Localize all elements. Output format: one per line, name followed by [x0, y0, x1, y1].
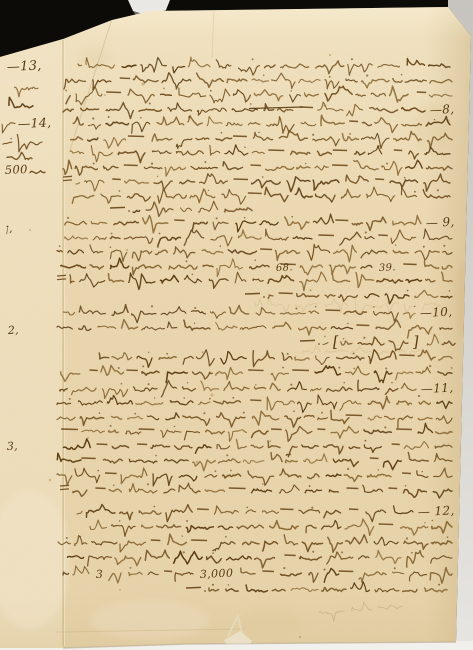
margin-note: 3, — [7, 440, 19, 453]
em-dash-stroke — [186, 587, 201, 588]
margin-note: 500 — [5, 162, 28, 177]
item-number: —8, — [430, 102, 455, 117]
photo-of-manuscript: —13,—14,500ן,2,3, —8,— 9,68.39.—10,[]—11… — [0, 0, 473, 650]
item-number: —10, — [420, 305, 453, 320]
margin-note: —14, — [17, 115, 51, 131]
item-number: —11, — [421, 381, 454, 396]
inline-figure: 68. — [276, 262, 294, 274]
em-dash-stroke — [245, 293, 260, 294]
opening-bracket: [ — [332, 333, 339, 351]
em-dash-stroke — [300, 340, 315, 341]
margin-note: ן, — [6, 222, 13, 235]
item-number: — 9, — [426, 215, 455, 230]
margin-note: —13, — [7, 58, 42, 75]
closing-bracket: ] — [411, 333, 419, 351]
inline-figure: 3 — [96, 568, 104, 581]
em-dash-stroke — [110, 207, 125, 208]
inline-figure: 39. — [379, 262, 397, 274]
inline-figure: 3,000 — [200, 567, 234, 581]
item-number: — 12, — [418, 503, 455, 519]
margin-note: 2, — [7, 324, 20, 338]
